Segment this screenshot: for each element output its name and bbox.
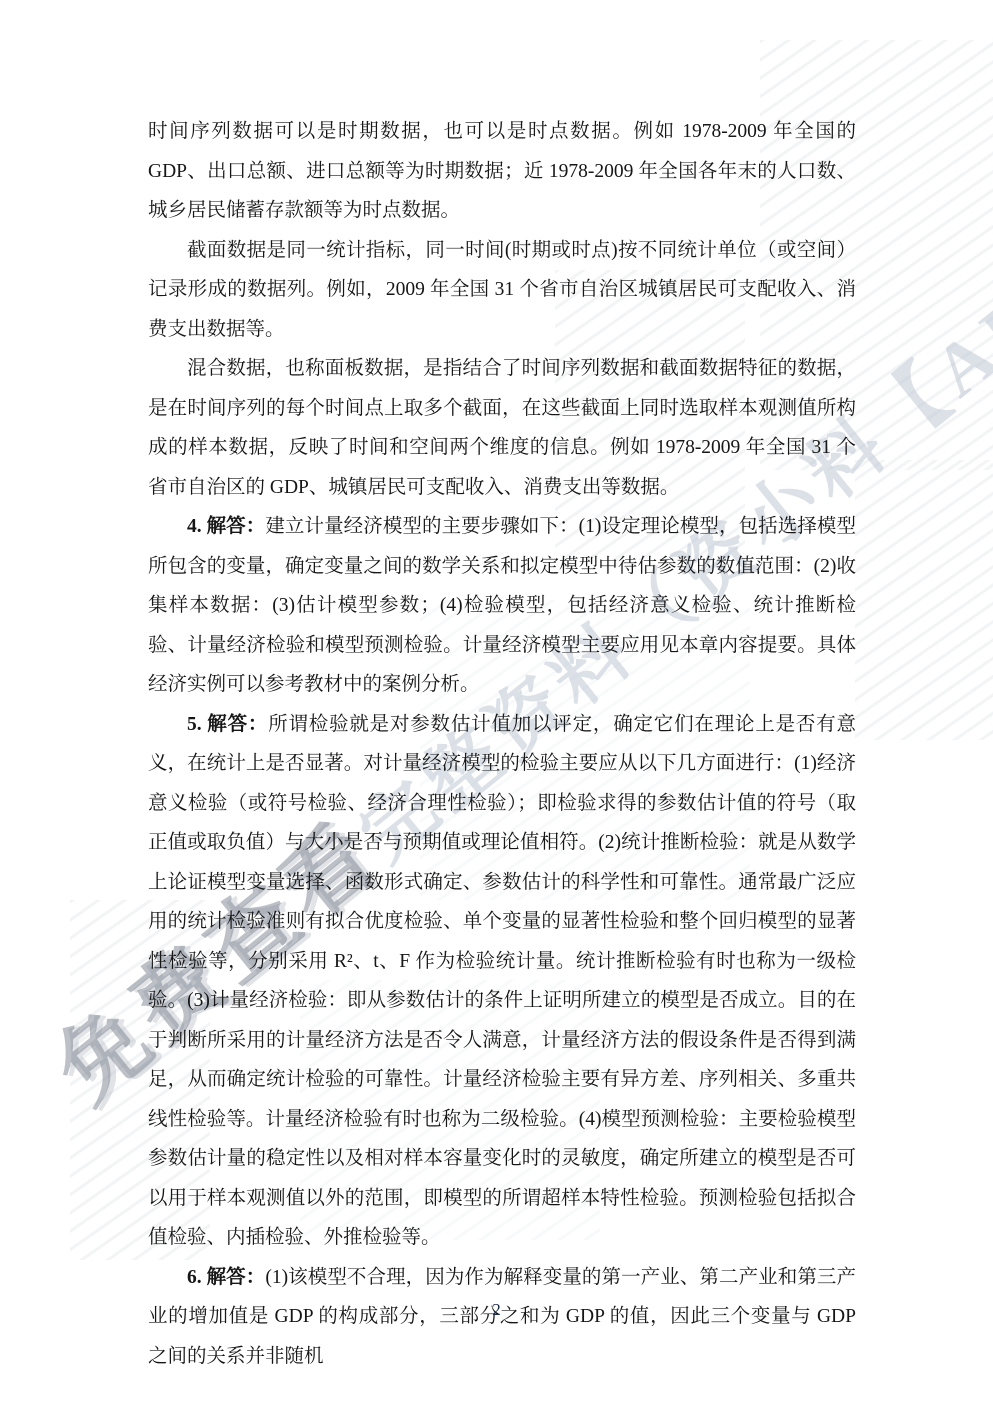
page-number: 2 xyxy=(0,1300,993,1320)
paragraph: 5. 解答：所谓检验就是对参数估计值加以评定，确定它们在理论上是否有意义，在统计… xyxy=(148,705,856,1258)
watermark-hatch-right-mid xyxy=(855,460,993,740)
answer-label: 5. 解答： xyxy=(187,714,268,735)
answer-label: 4. 解答： xyxy=(187,516,265,537)
answer-label: 6. 解答： xyxy=(187,1267,265,1288)
paragraph: 4. 解答：建立计量经济模型的主要步骤如下：(1)设定理论模型，包括选择模型所包… xyxy=(148,507,856,705)
paragraph: 截面数据是同一统计指标，同一时间(时期或时点)按不同统计单位（或空间）记录形成的… xyxy=(148,231,856,350)
document-page: 免费查看完整资料（资小料【APP 时间序列数据可以是时期数据，也可以是时点数据。… xyxy=(0,0,993,1404)
paragraph: 混合数据，也称面板数据，是指结合了时间序列数据和截面数据特征的数据，是在时间序列… xyxy=(148,349,856,507)
paragraph: 时间序列数据可以是时期数据，也可以是时点数据。例如 1978-2009 年全国的… xyxy=(148,112,856,231)
text-body: 时间序列数据可以是时期数据，也可以是时点数据。例如 1978-2009 年全国的… xyxy=(148,112,856,1376)
